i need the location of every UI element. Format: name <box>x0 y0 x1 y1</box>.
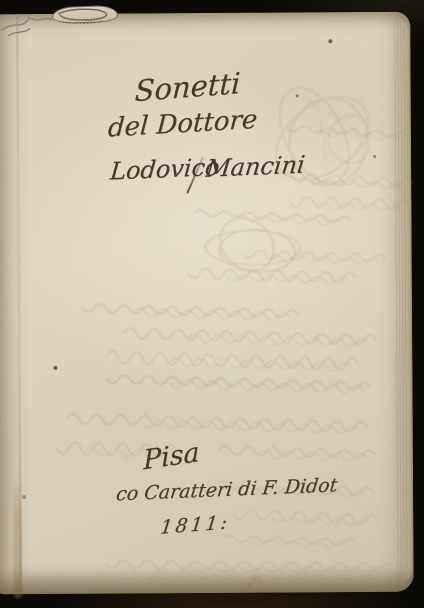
handwritten-title: Sonetti <box>134 66 241 108</box>
paper-speck <box>328 39 332 43</box>
handwritten-place: Pisa <box>143 437 200 476</box>
stain-streak <box>13 476 22 598</box>
paper-tab <box>52 5 119 24</box>
handwritten-subtitle: del Dottore <box>107 105 258 144</box>
handwritten-imprint: co Caratteri di F. Didot <box>115 474 339 505</box>
paper-speck <box>296 94 299 97</box>
fore-edge-pages <box>394 18 411 584</box>
paper-speck <box>373 155 376 158</box>
bottom-edge-shadow <box>0 566 414 595</box>
manuscript-page: Sonetti del Dottore Lodovico Mancini Pis… <box>0 12 414 595</box>
handwritten-author-last-name: Mancini <box>205 151 307 183</box>
book-photo: Sonetti del Dottore Lodovico Mancini Pis… <box>0 0 424 608</box>
handwritten-year: 1811: <box>159 511 231 539</box>
paper-speck <box>53 366 57 370</box>
